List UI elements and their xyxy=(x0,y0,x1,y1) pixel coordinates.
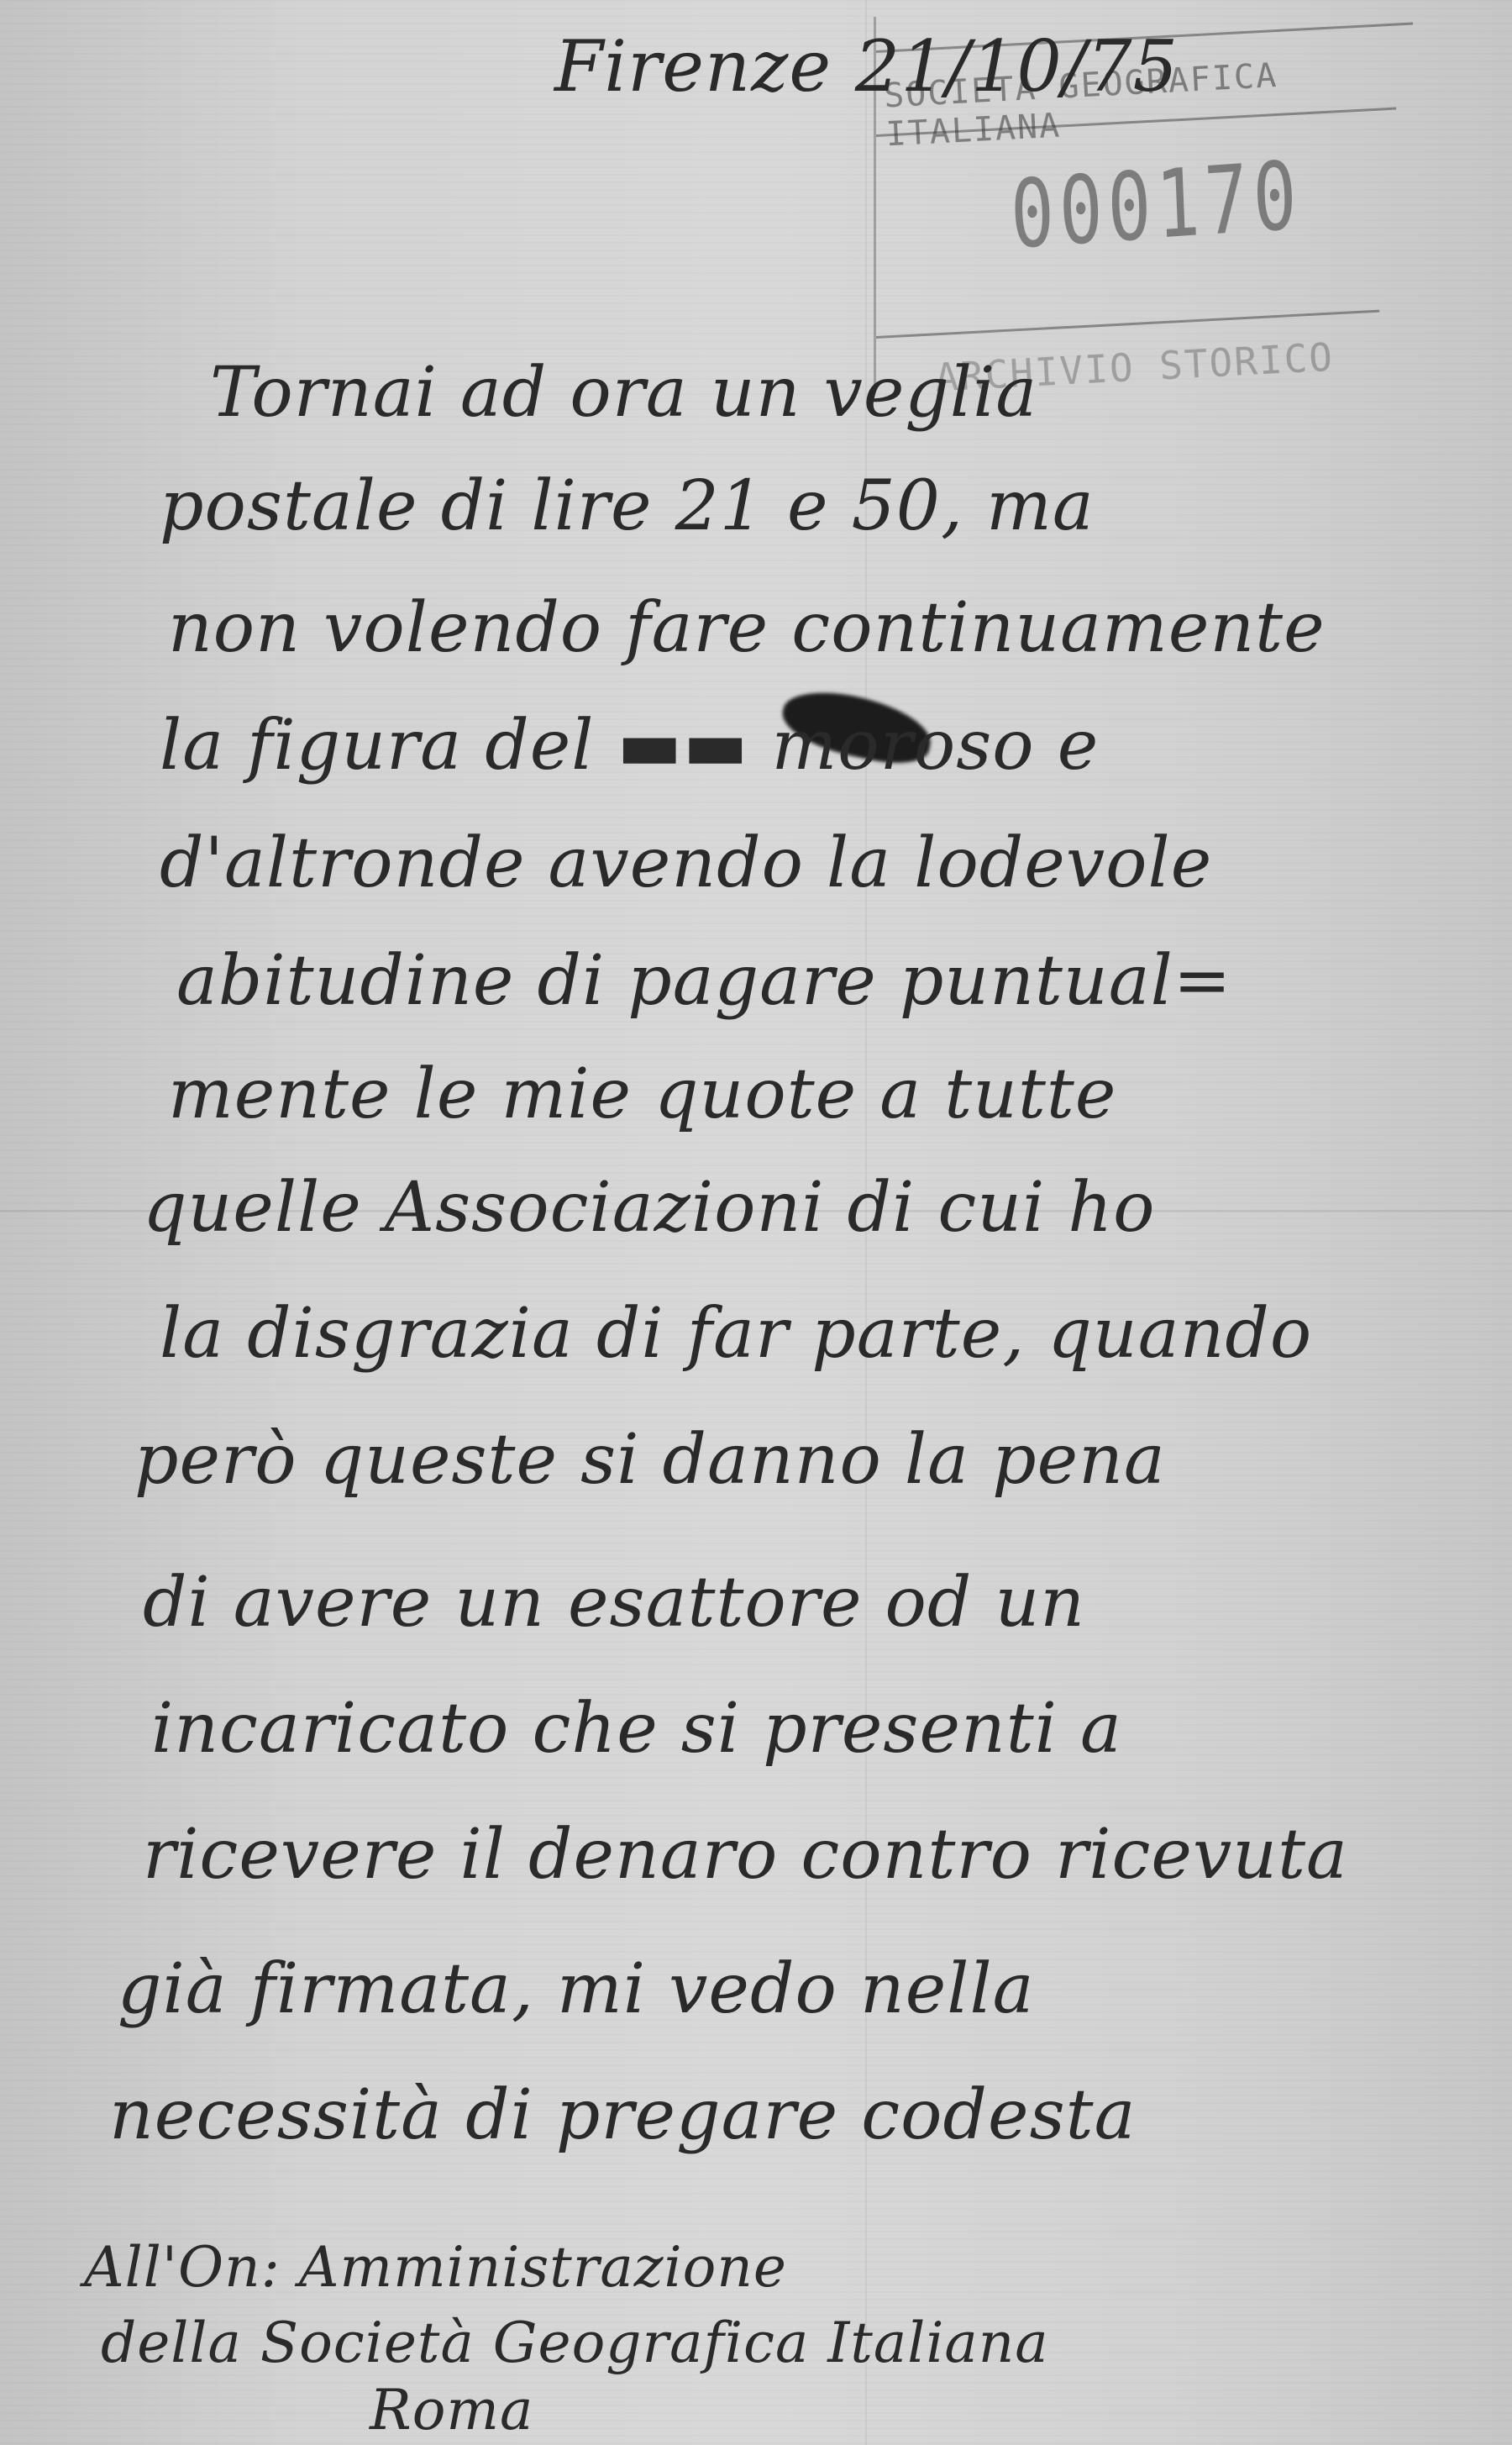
body-line-2: postale di lire 21 e 50, ma xyxy=(160,466,1095,546)
address-line-2: della Società Geografica Italiana xyxy=(101,2311,1049,2375)
body-line-10: però queste si danno la pena xyxy=(134,1420,1166,1500)
body-line-15: necessità di pregare codesta xyxy=(109,2075,1137,2155)
body-line-11: di avere un esattore od un xyxy=(143,1563,1085,1643)
address-line-3: Roma xyxy=(370,2378,533,2442)
body-line-7: mente le mie quote a tutte xyxy=(168,1054,1116,1134)
body-line-12: incaricato che si presenti a xyxy=(151,1689,1122,1769)
place-date: Firenze 21/10/75 xyxy=(554,25,1179,108)
body-line-13: ricevere il denaro contro ricevuta xyxy=(143,1815,1348,1895)
body-line-14: già firmata, mi vedo nella xyxy=(118,1949,1035,2029)
stamp-number: 000170 xyxy=(1009,141,1304,270)
body-line-5: d'altronde avendo la lodevole xyxy=(160,823,1212,903)
address-line-1: All'On: Amministrazione xyxy=(84,2235,787,2300)
body-line-9: la disgrazia di far parte, quando xyxy=(160,1294,1312,1374)
body-line-4: la figura del ▬▬ moroso e xyxy=(160,706,1099,786)
letter-page: SOCIETÀ GEOGRAFICA ITALIANA 000170 ARCHI… xyxy=(0,0,1512,2445)
body-line-6: abitudine di pagare puntual= xyxy=(176,941,1232,1021)
body-line-1: Tornai ad ora un veglia xyxy=(210,353,1037,433)
body-line-3: non volendo fare continuamente xyxy=(168,588,1326,668)
body-line-8: quelle Associazioni di cui ho xyxy=(143,1168,1156,1248)
stamp-rule xyxy=(876,310,1379,339)
